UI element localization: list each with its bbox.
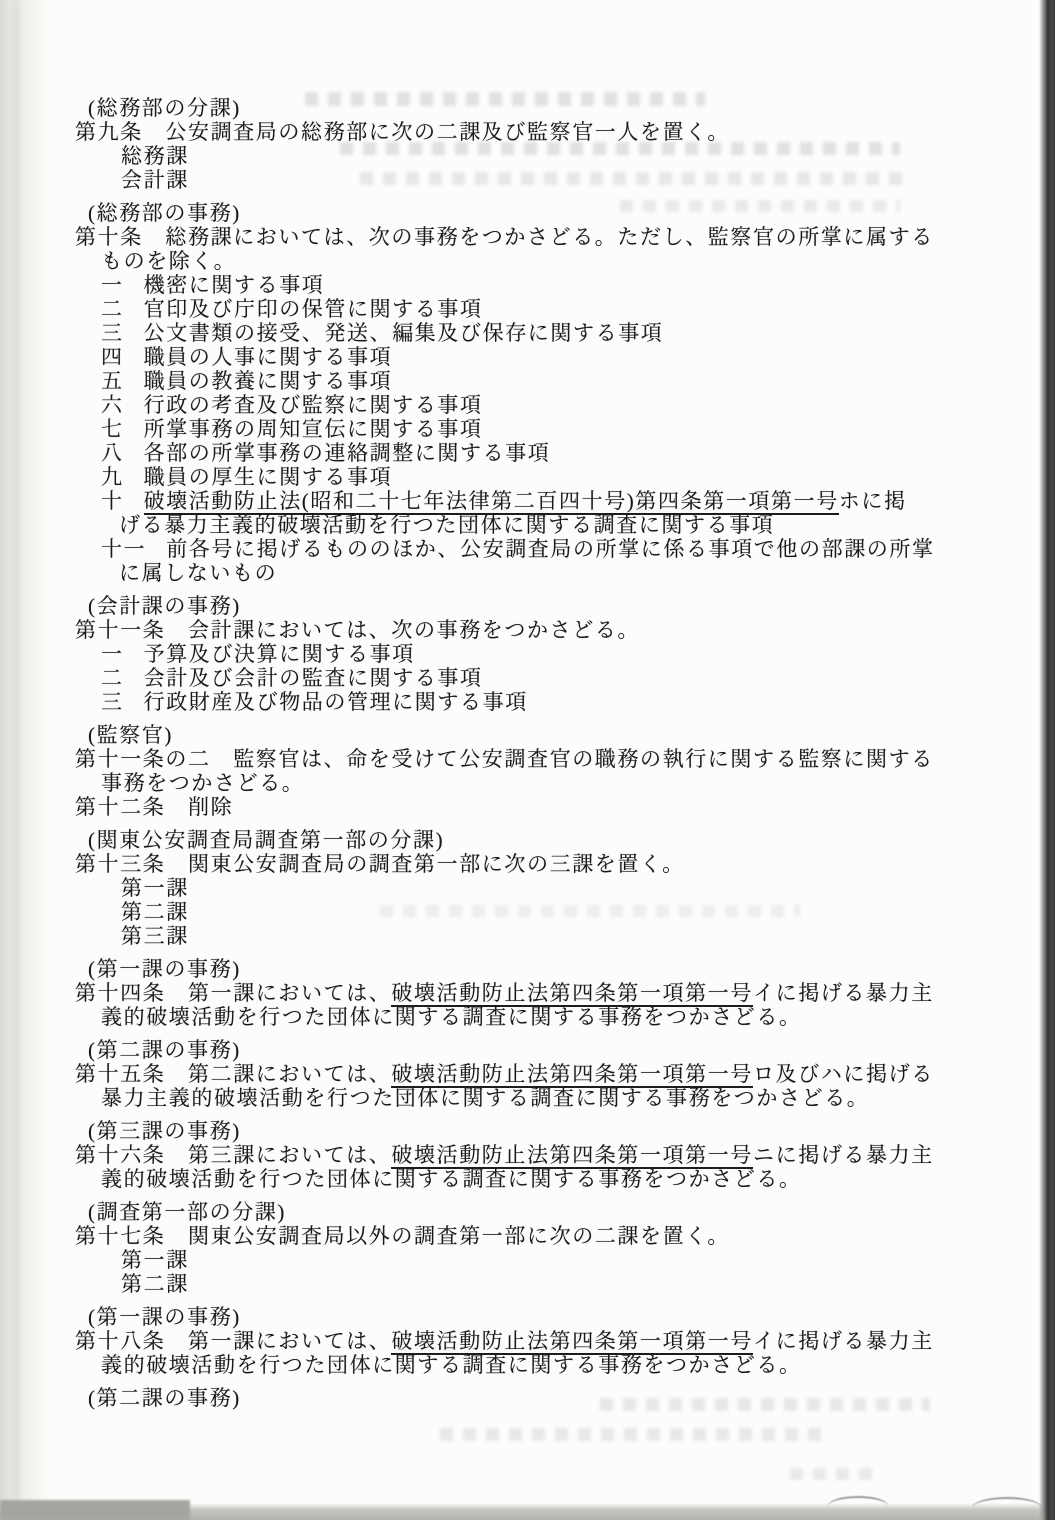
text-line: ものを除く。 <box>75 249 975 273</box>
text-segment: 第十七条 関東公安調査局以外の調査第一部に次の二課を置く。 <box>75 1224 730 1248</box>
text-segment: (第三課の事務) <box>88 1119 241 1143</box>
item-number: 七 <box>101 417 124 441</box>
text-line: (関東公安調査局調査第一部の分課) <box>75 828 975 852</box>
text-segment: (総務部の分課) <box>88 96 241 120</box>
text-line: 事務をつかさどる。 <box>75 771 975 795</box>
text-segment: 行政の考査及び監察に関する事項 <box>144 393 483 417</box>
text-line: 会計課 <box>75 168 975 192</box>
text-segment: (会計課の事務) <box>88 594 241 618</box>
text-line: (調査第一部の分課) <box>75 1200 975 1224</box>
underlined-text: 破壊活動防止法(昭和二十七年法律第二百四十号)第四条第一項第一号 <box>144 489 839 515</box>
text-segment: 第十条 総務課においては、次の事務をつかさどる。ただし、監察官の所掌に属する <box>75 225 934 249</box>
item-number: 一 <box>101 273 124 297</box>
text-line: 七所掌事務の周知宣伝に関する事項 <box>75 417 975 441</box>
text-segment: 第一課 <box>121 1248 189 1272</box>
text-line: (監察官) <box>75 723 975 747</box>
text-line: 第十条 総務課においては、次の事務をつかさどる。ただし、監察官の所掌に属する <box>75 225 975 249</box>
text-segment: 第十三条 関東公安調査局の調査第一部に次の三課を置く。 <box>75 852 685 876</box>
text-line: 十一前各号に掲げるもののほか、公安調査局の所掌に係る事項で他の部課の所掌 <box>75 537 975 561</box>
text-line: 第十六条 第三課においては、破壊活動防止法第四条第一項第一号ニに掲げる暴力主 <box>75 1143 975 1167</box>
text-segment: 義的破壊活動を行つた団体に関する調査に関する事務をつかさどる。 <box>101 1005 802 1029</box>
document-section: (第二課の事務)第十五条 第二課においては、破壊活動防止法第四条第一項第一号ロ及… <box>75 1038 975 1110</box>
text-segment: 会計課 <box>121 168 189 192</box>
text-line: (会計課の事務) <box>75 594 975 618</box>
text-line: 六行政の考査及び監察に関する事項 <box>75 393 975 417</box>
text-line: 九職員の厚生に関する事項 <box>75 465 975 489</box>
text-line: 暴力主義的破壊活動を行つた団体に関する調査に関する事務をつかさどる。 <box>75 1086 975 1110</box>
text-segment: 第十二条 削除 <box>75 795 233 819</box>
text-segment: 事務をつかさどる。 <box>101 771 304 795</box>
document-section: (第三課の事務)第十六条 第三課においては、破壊活動防止法第四条第一項第一号ニに… <box>75 1119 975 1191</box>
underlined-text: 破壊活動防止法第四条第一項第一号 <box>391 1062 753 1088</box>
text-line: 三公文書類の接受、発送、編集及び保存に関する事項 <box>75 321 975 345</box>
text-line: 第二課 <box>75 1272 975 1296</box>
document-section: (総務部の事務)第十条 総務課においては、次の事務をつかさどる。ただし、監察官の… <box>75 201 975 585</box>
text-segment: 第一課 <box>121 876 189 900</box>
text-segment: (調査第一部の分課) <box>88 1200 286 1224</box>
text-segment: 暴力主義的破壊活動を行つた団体に関する調査に関する事務をつかさどる。 <box>101 1086 869 1110</box>
page-crease <box>13 0 20 1520</box>
text-segment: (第一課の事務) <box>88 957 241 981</box>
text-segment: 第九条 公安調査局の総務部に次の二課及び監察官一人を置く。 <box>75 120 730 144</box>
document-section: (第一課の事務)第十八条 第一課においては、破壊活動防止法第四条第一項第一号イに… <box>75 1305 975 1377</box>
item-number: 八 <box>101 441 124 465</box>
item-number: 十 <box>101 489 124 513</box>
text-line: げる暴力主義的破壊活動を行つた団体に関する調査に関する事項 <box>75 513 975 537</box>
text-line: 二会計及び会計の監査に関する事項 <box>75 666 975 690</box>
text-segment: (第二課の事務) <box>88 1386 241 1410</box>
text-segment: ニに掲げる暴力主 <box>753 1143 934 1167</box>
text-segment: 第十一条 会計課においては、次の事務をつかさどる。 <box>75 618 640 642</box>
text-line: 総務課 <box>75 144 975 168</box>
text-segment: 第十六条 第三課においては、 <box>75 1143 391 1167</box>
text-line: (総務部の事務) <box>75 201 975 225</box>
text-line: 第一課 <box>75 876 975 900</box>
text-segment: 職員の人事に関する事項 <box>144 345 393 369</box>
document-section: (第二課の事務) <box>75 1386 975 1410</box>
text-segment: 第三課 <box>121 924 189 948</box>
text-segment: (監察官) <box>88 723 173 747</box>
underlined-text: 破壊活動防止法第四条第一項第一号 <box>391 1329 753 1355</box>
item-number: 三 <box>101 690 124 714</box>
text-segment: 第十五条 第二課においては、 <box>75 1062 391 1086</box>
text-line: (第二課の事務) <box>75 1386 975 1410</box>
text-line: 第二課 <box>75 900 975 924</box>
text-segment: 職員の教養に関する事項 <box>144 369 393 393</box>
text-segment: 所掌事務の周知宣伝に関する事項 <box>144 417 483 441</box>
text-segment: (関東公安調査局調査第一部の分課) <box>88 828 444 852</box>
text-segment: 前各号に掲げるもののほか、公安調査局の所掌に係る事項で他の部課の所掌 <box>166 537 934 561</box>
item-number: 一 <box>101 642 124 666</box>
document-section: (総務部の分課)第九条 公安調査局の総務部に次の二課及び監察官一人を置く。総務課… <box>75 96 975 192</box>
document-body: (総務部の分課)第九条 公安調査局の総務部に次の二課及び監察官一人を置く。総務課… <box>75 96 975 1419</box>
text-line: に属しないもの <box>75 561 975 585</box>
item-number: 十一 <box>101 537 146 561</box>
text-line: 第十二条 削除 <box>75 795 975 819</box>
text-line: 八各部の所掌事務の連絡調整に関する事項 <box>75 441 975 465</box>
text-segment: (第一課の事務) <box>88 1305 241 1329</box>
scanned-document-page: { "document": { "language": "ja", "kind"… <box>0 0 1055 1520</box>
text-segment: 第十一条の二 監察官は、命を受けて公安調査官の職務の執行に関する監察に関する <box>75 747 934 771</box>
underlined-text: 破壊活動防止法第四条第一項第一号 <box>391 981 753 1007</box>
text-line: 三行政財産及び物品の管理に関する事項 <box>75 690 975 714</box>
text-segment: 総務課 <box>121 144 189 168</box>
scan-curve-mark <box>828 1496 888 1506</box>
item-number: 四 <box>101 345 124 369</box>
underlined-text: 破壊活動防止法第四条第一項第一号 <box>391 1143 753 1169</box>
scan-right-edge <box>1039 0 1055 1520</box>
bleed-through-artifact <box>790 1468 880 1480</box>
text-segment: イに掲げる暴力主 <box>753 1329 934 1353</box>
text-line: 第十三条 関東公安調査局の調査第一部に次の三課を置く。 <box>75 852 975 876</box>
item-number: 二 <box>101 666 124 690</box>
text-line: 義的破壊活動を行つた団体に関する調査に関する事務をつかさどる。 <box>75 1353 975 1377</box>
text-segment: 公文書類の接受、発送、編集及び保存に関する事項 <box>144 321 664 345</box>
text-segment: に属しないもの <box>119 561 277 585</box>
text-segment: 第十八条 第一課においては、 <box>75 1329 391 1353</box>
text-segment: 義的破壊活動を行つた団体に関する調査に関する事務をつかさどる。 <box>101 1167 802 1191</box>
text-segment: (第二課の事務) <box>88 1038 241 1062</box>
text-line: 第九条 公安調査局の総務部に次の二課及び監察官一人を置く。 <box>75 120 975 144</box>
text-segment: 第十四条 第一課においては、 <box>75 981 391 1005</box>
text-line: 第十一条 会計課においては、次の事務をつかさどる。 <box>75 618 975 642</box>
text-line: (第三課の事務) <box>75 1119 975 1143</box>
text-line: (第一課の事務) <box>75 1305 975 1329</box>
text-segment: 職員の厚生に関する事項 <box>144 465 393 489</box>
text-segment: ホに掲 <box>839 489 907 513</box>
text-segment: げる暴力主義的破壊活動を行つた団体に関する調査に関する事項 <box>119 513 774 537</box>
text-segment: 機密に関する事項 <box>144 273 325 297</box>
text-line: 第十五条 第二課においては、破壊活動防止法第四条第一項第一号ロ及びハに掲げる <box>75 1062 975 1086</box>
item-number: 九 <box>101 465 124 489</box>
text-segment: ものを除く。 <box>101 249 236 273</box>
text-line: 第三課 <box>75 924 975 948</box>
text-line: 第十七条 関東公安調査局以外の調査第一部に次の二課を置く。 <box>75 1224 975 1248</box>
text-segment: 各部の所掌事務の連絡調整に関する事項 <box>144 441 551 465</box>
scan-bottom-corner-shadow <box>0 1500 190 1520</box>
text-line: 第十八条 第一課においては、破壊活動防止法第四条第一項第一号イに掲げる暴力主 <box>75 1329 975 1353</box>
text-line: 義的破壊活動を行つた団体に関する調査に関する事務をつかさどる。 <box>75 1167 975 1191</box>
document-section: (会計課の事務)第十一条 会計課においては、次の事務をつかさどる。一予算及び決算… <box>75 594 975 714</box>
document-section: (関東公安調査局調査第一部の分課)第十三条 関東公安調査局の調査第一部に次の三課… <box>75 828 975 948</box>
scan-curve-mark <box>972 1497 1042 1508</box>
item-number: 三 <box>101 321 124 345</box>
item-number: 二 <box>101 297 124 321</box>
text-line: 一機密に関する事項 <box>75 273 975 297</box>
text-segment: 義的破壊活動を行つた団体に関する調査に関する事務をつかさどる。 <box>101 1353 802 1377</box>
text-line: (総務部の分課) <box>75 96 975 120</box>
document-section: (監察官)第十一条の二 監察官は、命を受けて公安調査官の職務の執行に関する監察に… <box>75 723 975 819</box>
text-line: 第十四条 第一課においては、破壊活動防止法第四条第一項第一号イに掲げる暴力主 <box>75 981 975 1005</box>
document-section: (第一課の事務)第十四条 第一課においては、破壊活動防止法第四条第一項第一号イに… <box>75 957 975 1029</box>
text-line: 二官印及び庁印の保管に関する事項 <box>75 297 975 321</box>
text-line: 第十一条の二 監察官は、命を受けて公安調査官の職務の執行に関する監察に関する <box>75 747 975 771</box>
text-segment: 行政財産及び物品の管理に関する事項 <box>144 690 528 714</box>
text-line: (第一課の事務) <box>75 957 975 981</box>
text-segment: 予算及び決算に関する事項 <box>144 642 415 666</box>
text-line: 十破壊活動防止法(昭和二十七年法律第二百四十号)第四条第一項第一号ホに掲 <box>75 489 975 513</box>
text-segment: (総務部の事務) <box>88 201 241 225</box>
item-number: 六 <box>101 393 124 417</box>
text-line: 五職員の教養に関する事項 <box>75 369 975 393</box>
text-segment: イに掲げる暴力主 <box>753 981 934 1005</box>
text-segment: 会計及び会計の監査に関する事項 <box>144 666 483 690</box>
text-line: (第二課の事務) <box>75 1038 975 1062</box>
text-line: 第一課 <box>75 1248 975 1272</box>
item-number: 五 <box>101 369 124 393</box>
text-line: 一予算及び決算に関する事項 <box>75 642 975 666</box>
text-segment: 第二課 <box>121 1272 189 1296</box>
text-segment: 第二課 <box>121 900 189 924</box>
text-segment: 官印及び庁印の保管に関する事項 <box>144 297 483 321</box>
text-line: 義的破壊活動を行つた団体に関する調査に関する事務をつかさどる。 <box>75 1005 975 1029</box>
text-segment: ロ及びハに掲げる <box>753 1062 934 1086</box>
document-section: (調査第一部の分課)第十七条 関東公安調査局以外の調査第一部に次の二課を置く。第… <box>75 1200 975 1296</box>
bleed-through-artifact <box>440 1428 830 1441</box>
text-line: 四職員の人事に関する事項 <box>75 345 975 369</box>
page-left-edge-shadow <box>0 0 48 1520</box>
